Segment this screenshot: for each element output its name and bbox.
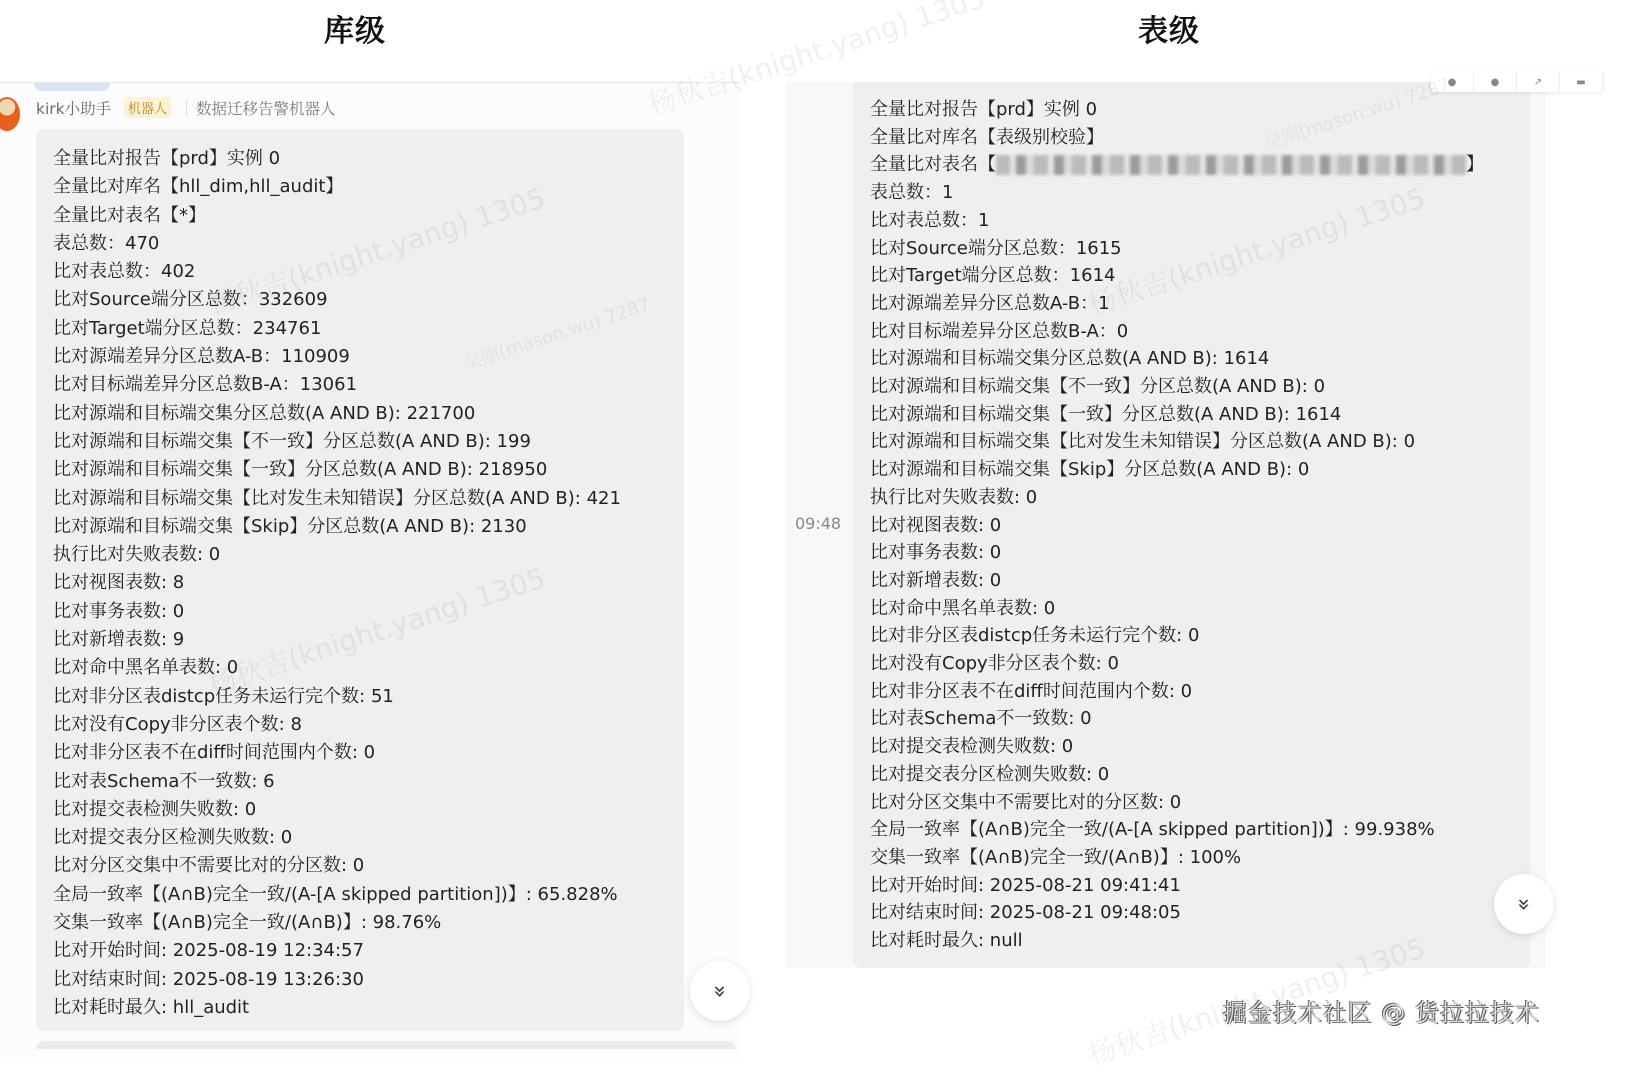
report-line: 表总数：1 bbox=[870, 179, 1484, 207]
left-chat-panel: kirk小助手 机器人 数据迁移告警机器人 全量比对报告【prd】实例 0全量比… bbox=[0, 82, 740, 1062]
report-line: 比对非分区表distcp任务未运行完个数: 0 bbox=[870, 622, 1484, 650]
report-line: 比对源端和目标端交集【比对发生未知错误】分区总数(A AND B): 0 bbox=[870, 428, 1484, 456]
report-line: 表总数：470 bbox=[53, 230, 621, 258]
report-line: 比对提交表分区检测失败数: 0 bbox=[870, 761, 1484, 789]
right-chat-panel: 09:48 ● ● ↗ ▬ 全量比对报告【prd】实例 0全量比对库名【表级别校… bbox=[786, 82, 1546, 968]
report-line: 全量比对报告【prd】实例 0 bbox=[870, 96, 1484, 124]
report-line: 比对Target端分区总数：1614 bbox=[870, 262, 1484, 290]
report-line: 比对目标端差异分区总数B-A：0 bbox=[870, 318, 1484, 346]
report-line: 比对开始时间: 2025-08-21 09:41:41 bbox=[870, 872, 1484, 900]
report-line: 比对非分区表不在diff时间范围内个数: 0 bbox=[870, 678, 1484, 706]
report-line: 比对源端和目标端交集【一致】分区总数(A AND B): 1614 bbox=[870, 401, 1484, 429]
report-line: 比对源端和目标端交集分区总数(A AND B): 1614 bbox=[870, 345, 1484, 373]
report-line: 比对目标端差异分区总数B-A：13061 bbox=[53, 371, 621, 399]
message-bubble: ● ● ↗ ▬ 全量比对报告【prd】实例 0全量比对库名【表级别校验】 全量比… bbox=[853, 82, 1530, 968]
report-line: 比对源端和目标端交集【一致】分区总数(A AND B): 218950 bbox=[53, 456, 621, 484]
report-line: 比对结束时间: 2025-08-19 13:26:30 bbox=[53, 966, 621, 994]
report-line: 比对非分区表不在diff时间范围内个数: 0 bbox=[53, 739, 621, 767]
forward-icon[interactable]: ↗ bbox=[1517, 72, 1560, 92]
sender-name[interactable]: kirk小助手 bbox=[36, 97, 111, 119]
report-line: 比对表总数：402 bbox=[53, 258, 621, 286]
report-line: 比对视图表数: 0 bbox=[870, 512, 1484, 540]
report-line: 比对提交表检测失败数: 0 bbox=[870, 733, 1484, 761]
report-line: 比对耗时最久: null bbox=[870, 927, 1484, 955]
bot-avatar[interactable] bbox=[0, 97, 20, 131]
report-line: 比对Source端分区总数：332609 bbox=[53, 286, 621, 314]
report-line: 比对表Schema不一致数: 0 bbox=[870, 705, 1484, 733]
report-line: 比对源端差异分区总数A-B：1 bbox=[870, 290, 1484, 318]
left-section-title: 库级 bbox=[324, 6, 386, 50]
next-message-edge bbox=[36, 1041, 736, 1049]
message-timestamp: 09:48 bbox=[795, 514, 841, 533]
report-line: 全局一致率【(A∩B)完全一致/(A-[A skipped partition]… bbox=[870, 816, 1484, 844]
report-line: 比对事务表数: 0 bbox=[870, 539, 1484, 567]
report-line: 执行比对失败表数: 0 bbox=[53, 541, 621, 569]
message-bubble: 全量比对报告【prd】实例 0全量比对库名【hll_dim,hll_audit】… bbox=[36, 129, 684, 1031]
report-line: 比对结束时间: 2025-08-21 09:48:05 bbox=[870, 899, 1484, 927]
report-line: 执行比对失败表数: 0 bbox=[870, 484, 1484, 512]
report-line: 比对命中黑名单表数: 0 bbox=[53, 654, 621, 682]
report-line: 比对源端和目标端交集【比对发生未知错误】分区总数(A AND B): 421 bbox=[53, 485, 621, 513]
report-line: 比对新增表数: 0 bbox=[870, 567, 1484, 595]
double-chevron-down-icon: » bbox=[708, 984, 733, 997]
reaction-icon[interactable]: ● bbox=[1431, 72, 1474, 92]
report-line: 比对源端和目标端交集分区总数(A AND B): 221700 bbox=[53, 400, 621, 428]
report-line: 比对耗时最久: hll_audit bbox=[53, 994, 621, 1022]
report-line: 交集一致率【(A∩B)完全一致/(A∩B)】: 98.76% bbox=[53, 909, 621, 937]
report-line: 比对开始时间: 2025-08-19 12:34:57 bbox=[53, 937, 621, 965]
report-lines: 全量比对报告【prd】实例 0全量比对库名【表级别校验】 全量比对表名【】 表总… bbox=[870, 96, 1484, 955]
report-line: 比对Source端分区总数：1615 bbox=[870, 235, 1484, 263]
right-section-title: 表级 bbox=[1138, 6, 1200, 50]
message-hover-toolbar: ● ● ↗ ▬ bbox=[1431, 72, 1603, 92]
scroll-to-bottom-button[interactable]: » bbox=[690, 961, 750, 1021]
report-line: 全量比对表名【*】 bbox=[53, 202, 621, 230]
report-line: 比对提交表分区检测失败数: 0 bbox=[53, 824, 621, 852]
reply-icon[interactable]: ● bbox=[1474, 72, 1517, 92]
report-line: 比对视图表数: 8 bbox=[53, 569, 621, 597]
report-line: 全局一致率【(A∩B)完全一致/(A-[A skipped partition]… bbox=[53, 881, 621, 909]
report-line: 全量比对报告【prd】实例 0 bbox=[53, 145, 621, 173]
bot-badge: 机器人 bbox=[124, 97, 171, 118]
report-line: 比对分区交集中不需要比对的分区数: 0 bbox=[870, 789, 1484, 817]
report-line: 比对源端和目标端交集【Skip】分区总数(A AND B): 2130 bbox=[53, 513, 621, 541]
report-line: 比对没有Copy非分区表个数: 0 bbox=[870, 650, 1484, 678]
report-line: 比对表Schema不一致数: 6 bbox=[53, 768, 621, 796]
report-line: 比对源端差异分区总数A-B：110909 bbox=[53, 343, 621, 371]
report-line: 比对提交表检测失败数: 0 bbox=[53, 796, 621, 824]
report-line: 比对源端和目标端交集【不一致】分区总数(A AND B): 199 bbox=[53, 428, 621, 456]
report-line: 全量比对库名【表级别校验】 bbox=[870, 124, 1484, 152]
report-line: 比对分区交集中不需要比对的分区数: 0 bbox=[53, 852, 621, 880]
report-line: 比对表总数：1 bbox=[870, 207, 1484, 235]
report-line: 比对事务表数: 0 bbox=[53, 598, 621, 626]
footer-credit: 掘金技术社区 @ 货拉拉技术 bbox=[1223, 993, 1540, 1028]
header-divider bbox=[186, 100, 187, 116]
report-lines: 全量比对报告【prd】实例 0全量比对库名【hll_dim,hll_audit】… bbox=[53, 145, 621, 1022]
report-line: 比对源端和目标端交集【不一致】分区总数(A AND B): 0 bbox=[870, 373, 1484, 401]
report-line: 全量比对库名【hll_dim,hll_audit】 bbox=[53, 173, 621, 201]
group-name: 数据迁移告警机器人 bbox=[196, 97, 336, 119]
report-line: 比对没有Copy非分区表个数: 8 bbox=[53, 711, 621, 739]
report-line: 比对源端和目标端交集【Skip】分区总数(A AND B): 0 bbox=[870, 456, 1484, 484]
report-line: 比对命中黑名单表数: 0 bbox=[870, 595, 1484, 623]
report-line: 交集一致率【(A∩B)完全一致/(A∩B)】: 100% bbox=[870, 844, 1484, 872]
scroll-to-bottom-button[interactable]: » bbox=[1494, 874, 1554, 934]
report-line: 比对Target端分区总数：234761 bbox=[53, 315, 621, 343]
report-line: 比对新增表数: 9 bbox=[53, 626, 621, 654]
report-line: 比对非分区表distcp任务未运行完个数: 51 bbox=[53, 683, 621, 711]
redacted-table-name bbox=[996, 155, 1466, 175]
more-icon[interactable]: ▬ bbox=[1560, 72, 1603, 92]
previous-message-edge bbox=[34, 83, 110, 91]
report-line-table-name: 全量比对表名【】 bbox=[870, 151, 1484, 179]
double-chevron-down-icon: » bbox=[1512, 897, 1537, 910]
